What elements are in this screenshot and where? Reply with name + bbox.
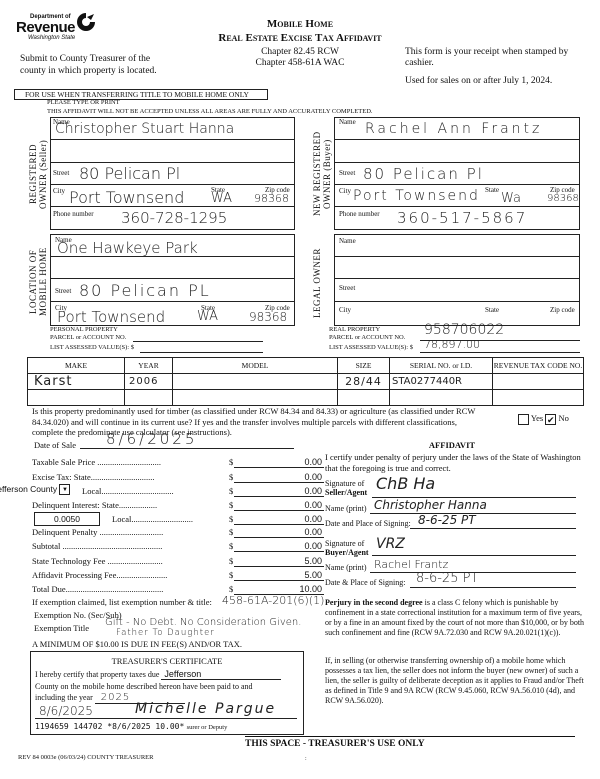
seller-block: Name Christopher Stuart Hanna Street 80 …	[50, 117, 295, 230]
perjury-warning: Perjury in the second degree is a class …	[325, 598, 587, 638]
tax-lien-warning: If, in selling (or otherwise transferrin…	[325, 656, 587, 706]
seller-date-place-label: Date and Place of Signing:	[325, 519, 411, 528]
treasurer-county-field[interactable]: Jefferson	[161, 669, 281, 680]
treasurer-certificate: TREASURER'S CERTIFICATE I hereby certify…	[30, 651, 304, 735]
form-title: Mobile Home Real Estate Excise Tax Affid…	[180, 17, 420, 45]
buyer-street-value: 80 Pelican Pl	[363, 165, 484, 183]
location-street-value: 80 Pelican PL	[79, 281, 211, 300]
treasurer-certificate-title: TREASURER'S CERTIFICATE	[31, 656, 303, 666]
tax-rate-field[interactable]: 0.0050	[34, 512, 100, 526]
taxable-sale-price-row: Taxable Sale Price .....................…	[32, 457, 290, 469]
seller-date-place-field[interactable]: 8-6-25 PT	[410, 513, 576, 529]
delinquent-penalty-field[interactable]: 0.00	[234, 527, 324, 538]
no-checkbox[interactable]: ✔	[545, 414, 556, 425]
dropdown-arrow-icon[interactable]: ▼	[59, 484, 70, 495]
timber-yes-no: Yes ✔ No	[518, 413, 569, 425]
seller-name-row-2[interactable]	[51, 140, 294, 163]
subtotal-field[interactable]: 0.00	[234, 541, 324, 552]
location-city-row[interactable]: City Port Townsend State WA Zip code 983…	[51, 302, 294, 326]
buyer-phone-row[interactable]: Phone number 360-517-5867	[335, 207, 579, 229]
location-block: Name One Hawkeye Park Street 80 Pelican …	[50, 234, 295, 326]
mobile-home-table: MAKE YEAR MODEL SIZE SERIAL NO. or I.D. …	[27, 357, 584, 406]
real-parcel-label: REAL PROPERTY PARCEL or ACCOUNT NO.	[329, 326, 405, 342]
real-assessed-label: LIST ASSESSED VALUE(S): $	[329, 344, 413, 351]
legal-owner-street-row[interactable]: Street	[335, 279, 579, 302]
legal-owner-section-label: LEGAL OWNER	[312, 240, 328, 326]
buyer-name-row[interactable]: Name Rachel Ann Frantz	[335, 118, 579, 140]
seller-phone-value: 360-728-1295	[121, 209, 227, 227]
treasurer-date: 8/6/2025	[39, 704, 93, 718]
personal-parcel-label: PERSONAL PROPERTY PARCEL or ACCOUNT NO.	[50, 326, 126, 342]
treasurer-signature: Michelle Pargue	[135, 701, 276, 717]
buyer-city-row[interactable]: City Port Townsend State Wa Zip code 983…	[335, 185, 579, 207]
seller-street-value: 80 Pelican Pl	[79, 164, 180, 183]
buyer-zip-value: 98368	[547, 193, 579, 204]
seller-city-row[interactable]: City Port Townsend State WA Zip code 983…	[51, 185, 294, 207]
affidavit-processing-fee-field[interactable]: 5.00	[234, 570, 324, 581]
taxable-sale-price-field[interactable]: 0.00	[234, 457, 324, 468]
seller-zip-value: 98368	[254, 192, 289, 205]
dor-logo: Department of Revenue Washington State	[16, 12, 96, 46]
personal-assessed-label: LIST ASSESSED VALUE(S): $	[50, 344, 134, 351]
page-mark: :	[305, 756, 307, 762]
buyer-street-row[interactable]: Street 80 Pelican Pl	[335, 163, 579, 185]
personal-assessed-field[interactable]	[140, 343, 263, 353]
minimum-due-note: A MINIMUM OF $10.00 IS DUE IN FEE(S) AND…	[32, 639, 242, 649]
buyer-state-value: Wa	[501, 191, 521, 206]
deputy-label: surer or Deputy	[187, 724, 228, 731]
seller-signature-field[interactable]: ChB Ha	[372, 474, 576, 498]
buyer-name-print-label: Name (print)	[325, 563, 367, 572]
seller-name-row[interactable]: Name Christopher Stuart Hanna	[51, 118, 294, 140]
seller-phone-row[interactable]: Phone number 360-728-1295	[51, 207, 294, 229]
exemption-title-label: Exemption Title	[34, 623, 89, 633]
yes-checkbox[interactable]	[518, 414, 529, 425]
table-row[interactable]	[28, 390, 584, 406]
legal-owner-name-row-2[interactable]	[335, 257, 579, 279]
table-row[interactable]: Karst 2006 28/44 STA0277440R	[28, 374, 584, 390]
table-header-row: MAKE YEAR MODEL SIZE SERIAL NO. or I.D. …	[28, 358, 584, 374]
exemption-title-field-2[interactable]: Father To Daughter	[116, 628, 215, 638]
real-assessed-field[interactable]: 78,897.00	[420, 340, 580, 353]
cashier-stamp: 1194659 144702 *8/6/2025 10.00*	[35, 722, 184, 731]
location-street-row[interactable]: Street 80 Pelican PL	[51, 279, 294, 302]
affidavit-title: AFFIDAVIT	[322, 440, 582, 450]
type-print-note: PLEASE TYPE OR PRINT	[47, 99, 120, 106]
delinquent-interest-local-field[interactable]: 0.00	[234, 514, 324, 525]
seller-section-label: REGISTEREDOWNER (Seller)	[28, 120, 52, 228]
delinquent-interest-state-row: Delinquent Interest: State..............…	[32, 500, 290, 512]
county-select[interactable]: Jefferson County ▼	[0, 484, 70, 497]
affidavit-statement: I certify under penalty of perjury under…	[325, 452, 585, 473]
delinquent-penalty-row: Delinquent Penalty .....................…	[32, 527, 290, 539]
seller-state-value: WA	[211, 191, 232, 206]
form-id: REV 84 0003e (06/03/24) COUNTY TREASURER	[18, 754, 153, 761]
buyer-date-place-field[interactable]: 8-6-25 PT	[410, 571, 576, 588]
delinquent-interest-local-row: Local.............................$ 0.00	[112, 514, 290, 526]
state-technology-fee-row: State Technology Fee ...................…	[32, 556, 290, 568]
date-of-sale-field[interactable]: 8/6/2025	[80, 430, 294, 449]
dor-logo-swoosh-icon	[76, 12, 96, 32]
seller-signature-label: Signature of Seller/Agent	[325, 479, 367, 497]
location-city-value: Port Townsend	[57, 308, 165, 326]
buyer-section-label: NEW REGISTEREDOWNER (Buyer)	[312, 120, 336, 228]
submit-note: Submit to County Treasurer of the county…	[20, 53, 170, 77]
buyer-signature-field[interactable]: VRZ	[372, 536, 576, 556]
excise-local-row: Local..................................$…	[82, 486, 290, 498]
state-technology-fee-field[interactable]: 5.00	[234, 556, 324, 567]
subtotal-row: Subtotal ...............................…	[32, 541, 290, 553]
location-state-value: WA	[197, 309, 218, 324]
treasurer-signature-line[interactable]: 8/6/2025 Michelle Pargue	[35, 704, 297, 719]
location-section-label: LOCATION OFMOBILE HOME	[28, 238, 52, 326]
exemption-claim-label: If exemption claimed, list exemption num…	[32, 597, 212, 607]
location-name-row[interactable]: Name One Hawkeye Park	[51, 235, 294, 257]
treasurer-use-divider	[245, 736, 575, 737]
location-name-row-2[interactable]	[51, 257, 294, 279]
buyer-name-value: Rachel Ann Frantz	[365, 121, 542, 137]
seller-street-row[interactable]: Street 80 Pelican Pl	[51, 163, 294, 185]
seller-name-print-label: Name (print)	[325, 504, 367, 513]
excise-local-field[interactable]: 0.00	[234, 486, 324, 497]
excise-state-row: Excise Tax: State.......................…	[32, 472, 290, 484]
sales-note: Used for sales on or after July 1, 2024.	[405, 76, 595, 86]
treasurer-use-only: THIS SPACE - TREASURER'S USE ONLY	[245, 739, 425, 749]
seller-name-value: Christopher Stuart Hanna	[55, 121, 234, 137]
location-zip-value: 98368	[249, 310, 287, 324]
buyer-phone-value: 360-517-5867	[397, 209, 527, 227]
excise-state-field[interactable]: 0.00	[234, 472, 324, 483]
receipt-note: This form is your receipt when stamped b…	[405, 47, 585, 69]
buyer-block: Name Rachel Ann Frantz Street 80 Pelican…	[334, 117, 580, 230]
affidavit-processing-fee-row: Affidavit Processing Fee................…	[32, 570, 290, 582]
legal-owner-block: Name Street City State Zip code	[334, 234, 580, 326]
completion-warning: THIS AFFIDAVIT WILL NOT BE ACCEPTED UNLE…	[47, 108, 373, 115]
chapter-refs: Chapter 82.45 RCW Chapter 458-61A WAC	[240, 47, 360, 69]
buyer-date-place-label: Date & Place of Signing:	[325, 578, 405, 587]
legal-owner-name-row[interactable]: Name	[335, 235, 579, 257]
buyer-city-value: Port Townsend	[353, 188, 480, 204]
date-of-sale-label: Date of Sale	[34, 440, 76, 450]
seller-name-print-field[interactable]: Christopher Hanna	[370, 498, 576, 514]
exemption-title-field-1[interactable]: Gift - No Debt. No Consideration Given.	[105, 617, 301, 628]
personal-parcel-field[interactable]	[133, 332, 263, 342]
location-name-value: One Hawkeye Park	[57, 239, 198, 257]
buyer-signature-label: Signature of Buyer/Agent	[325, 539, 369, 557]
delinquent-interest-state-field[interactable]: 0.00	[234, 500, 324, 511]
buyer-name-row-2[interactable]	[335, 140, 579, 163]
seller-city-value: Port Townsend	[69, 188, 184, 207]
exemption-claim-field[interactable]: 458-61A-201(6)(1)	[222, 594, 324, 607]
